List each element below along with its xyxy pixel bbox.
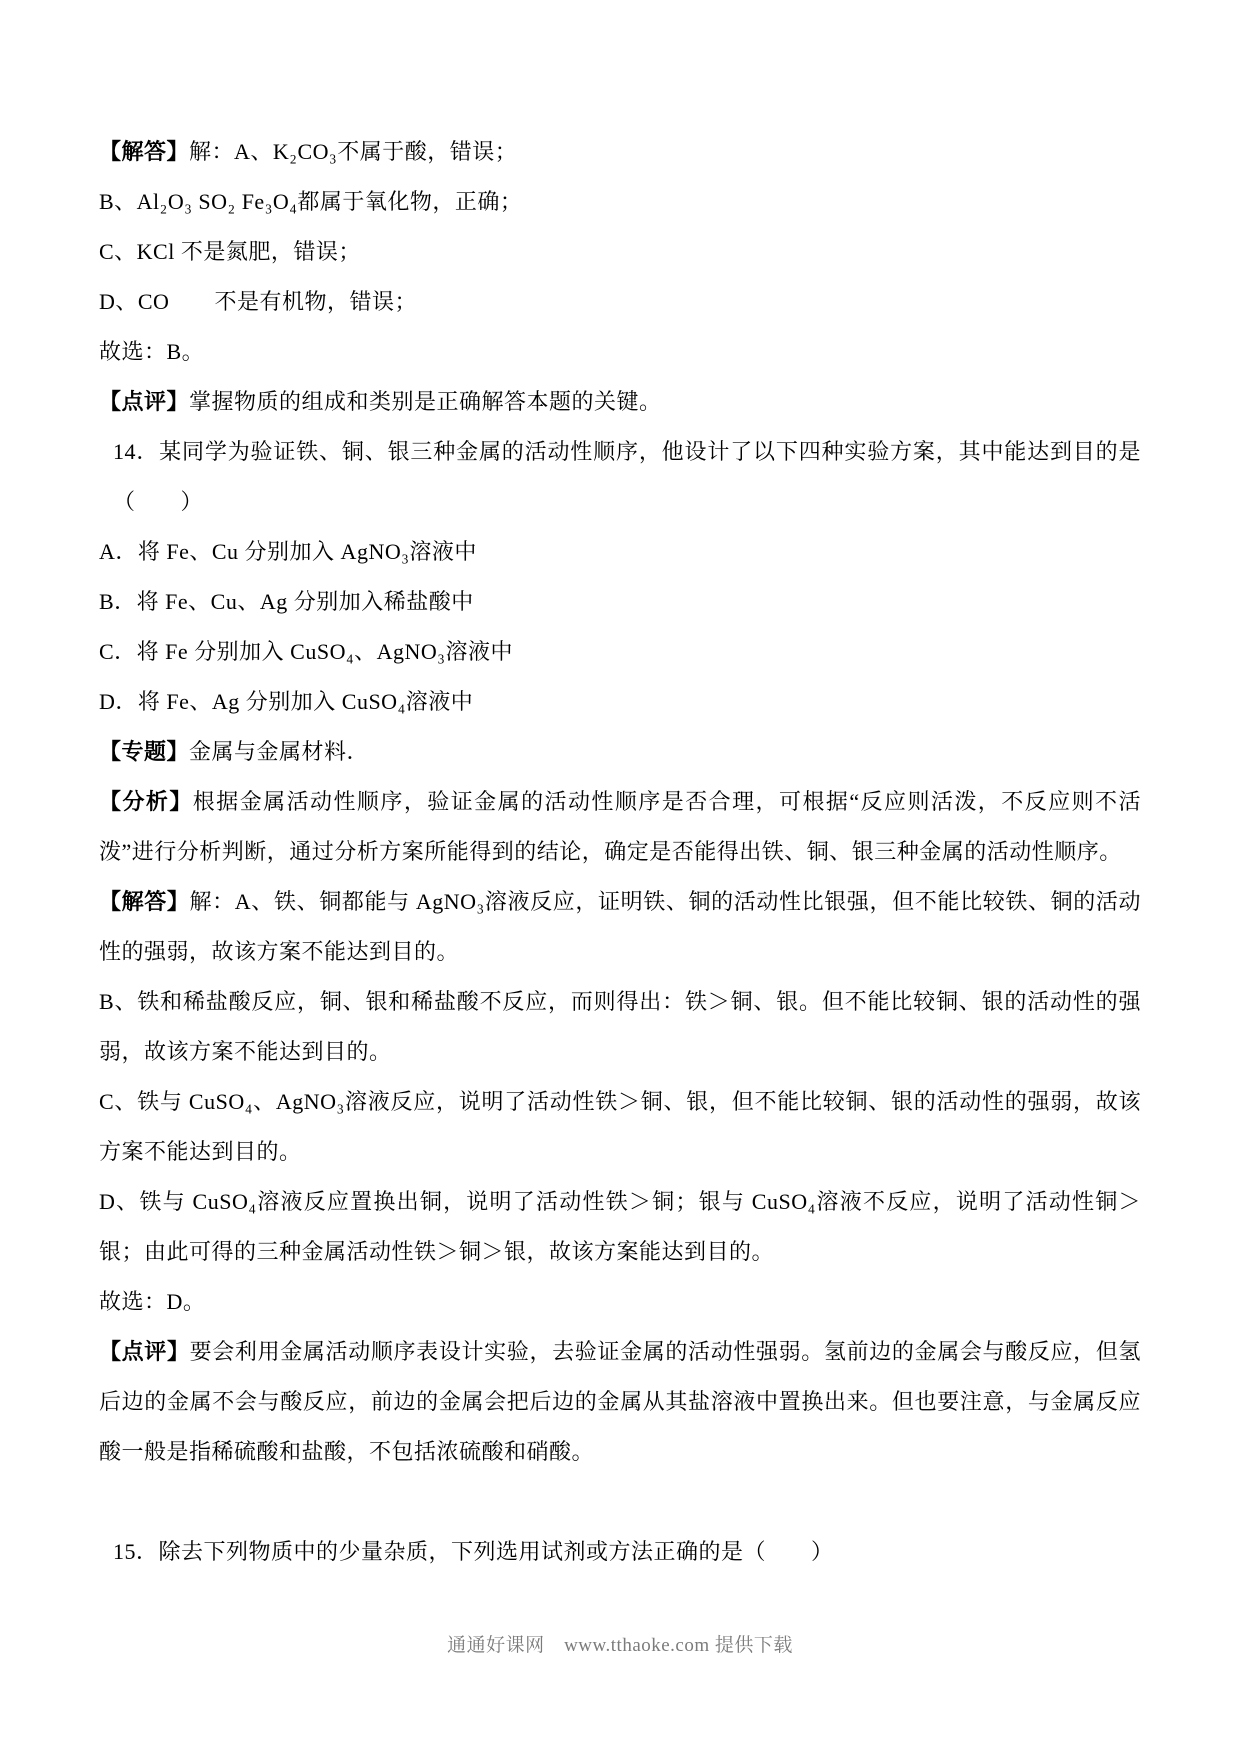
section-label-dianping: 【点评】 — [99, 1339, 190, 1364]
section-label-fenxi: 【分析】 — [99, 789, 193, 814]
section-label-zhuanti: 【专题】 — [99, 739, 189, 764]
q14-option-a: A．将 Fe、Cu 分别加入 AgNO₃溶液中 — [99, 527, 1141, 577]
q14-answer-choice: 故选：D。 — [99, 1277, 1141, 1327]
q14-question: 14．某同学为验证铁、铜、银三种金属的活动性顺序，他设计了以下四种实验方案，其中… — [99, 427, 1141, 527]
q14-option-d: D．将 Fe、Ag 分别加入 CuSO₄溶液中 — [99, 677, 1141, 727]
q14-answer-c: C、铁与 CuSO₄、AgNO₃溶液反应，说明了活动性铁＞铜、银，但不能比较铜、… — [99, 1077, 1141, 1177]
q13-answer-line-c: C、KCl 不是氮肥，错误； — [99, 227, 1141, 277]
paragraph-text: 15．除去下列物质中的少量杂质，下列选用试剂或方法正确的是（ ） — [113, 1539, 834, 1564]
q14-comment: 【点评】要会利用金属活动顺序表设计实验，去验证金属的活动性强弱。氢前边的金属会与… — [99, 1327, 1141, 1477]
q14-option-c: C．将 Fe 分别加入 CuSO₄、AgNO₃溶液中 — [99, 627, 1141, 677]
paragraph-text: 要会利用金属活动顺序表设计实验，去验证金属的活动性强弱。氢前边的金属会与酸反应，… — [99, 1339, 1141, 1464]
q14-answer-b: B、铁和稀盐酸反应，铜、银和稀盐酸不反应，而则得出：铁＞铜、银。但不能比较铜、银… — [99, 977, 1141, 1077]
paragraph-text: D、CO 不是有机物，错误； — [99, 289, 417, 314]
document-page: 【解答】解：A、K₂CO₃不属于酸，错误； B、Al₂O₃ SO₂ Fe₃O₄都… — [0, 0, 1240, 1754]
paragraph-text: B、铁和稀盐酸反应，铜、银和稀盐酸不反应，而则得出：铁＞铜、银。但不能比较铜、银… — [99, 989, 1141, 1064]
paragraph-text: C、KCl 不是氮肥，错误； — [99, 239, 361, 264]
paragraph-text: 解：A、铁、铜都能与 AgNO₃溶液反应，证明铁、铜的活动性比银强，但不能比较铁… — [99, 889, 1141, 964]
section-label-dianping: 【点评】 — [99, 389, 189, 414]
paragraph-text: 故选：D。 — [99, 1289, 205, 1314]
paragraph-text: C、铁与 CuSO₄、AgNO₃溶液反应，说明了活动性铁＞铜、银，但不能比较铜、… — [99, 1089, 1141, 1164]
q13-answer-line-d: D、CO 不是有机物，错误； — [99, 277, 1141, 327]
paragraph-text: 解：A、K₂CO₃不属于酸，错误； — [189, 139, 517, 164]
q13-answer-line-b: B、Al₂O₃ SO₂ Fe₃O₄都属于氧化物，正确； — [99, 177, 1141, 227]
paragraph-text: B．将 Fe、Cu、Ag 分别加入稀盐酸中 — [99, 589, 474, 614]
paragraph-text: B、Al₂O₃ SO₂ Fe₃O₄都属于氧化物，正确； — [99, 189, 522, 214]
paragraph-text: 故选：B。 — [99, 339, 204, 364]
q14-answer-a: 【解答】解：A、铁、铜都能与 AgNO₃溶液反应，证明铁、铜的活动性比银强，但不… — [99, 877, 1141, 977]
paragraph-text: 掌握物质的组成和类别是正确解答本题的关键。 — [189, 389, 662, 414]
q15-question: 15．除去下列物质中的少量杂质，下列选用试剂或方法正确的是（ ） — [99, 1527, 1141, 1577]
paragraph-text: 根据金属活动性顺序，验证金属的活动性顺序是否合理，可根据“反应则活泼，不反应则不… — [99, 789, 1141, 864]
paragraph-text: D．将 Fe、Ag 分别加入 CuSO₄溶液中 — [99, 689, 473, 714]
q14-answer-d: D、铁与 CuSO₄溶液反应置换出铜，说明了活动性铁＞铜；银与 CuSO₄溶液不… — [99, 1177, 1141, 1277]
q13-comment: 【点评】掌握物质的组成和类别是正确解答本题的关键。 — [99, 377, 1141, 427]
document-body: 【解答】解：A、K₂CO₃不属于酸，错误； B、Al₂O₃ SO₂ Fe₃O₄都… — [99, 127, 1141, 1577]
paragraph-text: 14．某同学为验证铁、铜、银三种金属的活动性顺序，他设计了以下四种实验方案，其中… — [113, 439, 1141, 514]
q13-answer-line-a: 【解答】解：A、K₂CO₃不属于酸，错误； — [99, 127, 1141, 177]
paragraph-text: 金属与金属材料． — [189, 739, 369, 764]
q14-analysis: 【分析】根据金属活动性顺序，验证金属的活动性顺序是否合理，可根据“反应则活泼，不… — [99, 777, 1141, 877]
paragraph-text: D、铁与 CuSO₄溶液反应置换出铜，说明了活动性铁＞铜；银与 CuSO₄溶液不… — [99, 1189, 1141, 1264]
section-label-jieda: 【解答】 — [99, 889, 190, 914]
footer-text: 通通好课网 www.tthaoke.com 提供下载 — [447, 1635, 793, 1656]
paragraph-text: A．将 Fe、Cu 分别加入 AgNO₃溶液中 — [99, 539, 477, 564]
q13-answer-choice: 故选：B。 — [99, 327, 1141, 377]
q14-topic: 【专题】金属与金属材料． — [99, 727, 1141, 777]
section-label-jieda: 【解答】 — [99, 139, 189, 164]
q14-option-b: B．将 Fe、Cu、Ag 分别加入稀盐酸中 — [99, 577, 1141, 627]
page-footer: 通通好课网 www.tthaoke.com 提供下载 — [0, 1630, 1240, 1657]
paragraph-text: C．将 Fe 分别加入 CuSO₄、AgNO₃溶液中 — [99, 639, 513, 664]
